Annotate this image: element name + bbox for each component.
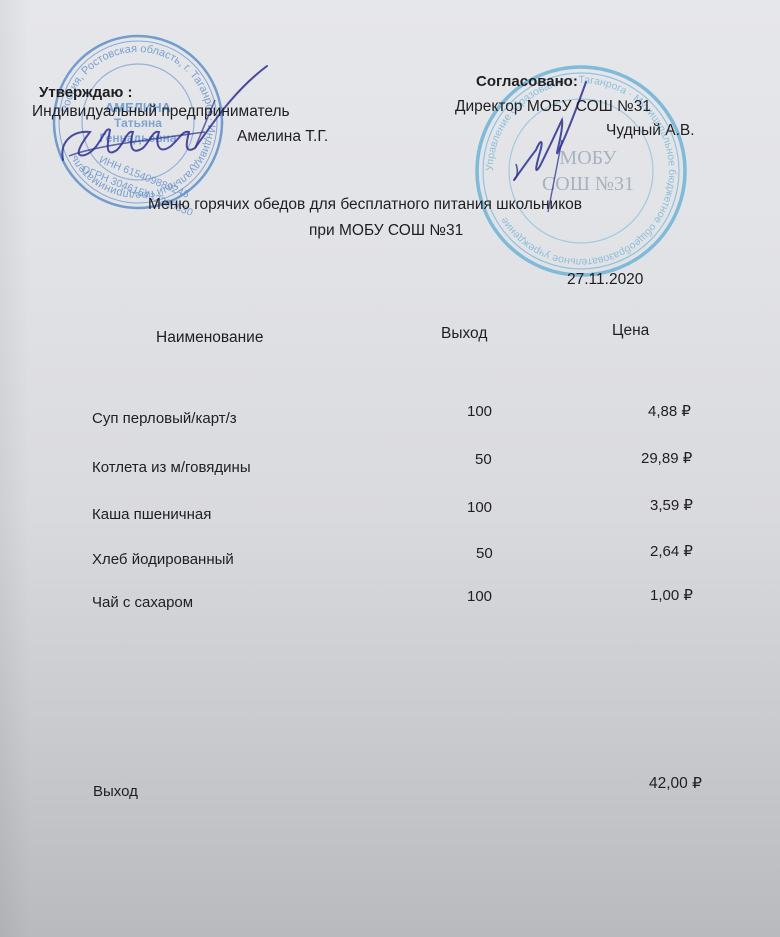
header-output: Выход <box>441 325 487 343</box>
row-item-name: Чай с сахаром <box>92 594 193 611</box>
row-item-name: Каша пшеничная <box>92 506 211 523</box>
row-item-price: 29,89 ₽ <box>641 449 692 467</box>
approve-label: Утверждаю : <box>39 84 132 101</box>
row-item-output: 50 <box>475 451 492 468</box>
document-title: Меню горячих обедов для бесплатного пита… <box>148 196 582 214</box>
row-item-price: 1,00 ₽ <box>650 586 693 604</box>
row-item-price: 3,59 ₽ <box>650 496 693 514</box>
svg-text:ИНН 615409889246: ИНН 615409889246 <box>98 154 191 201</box>
stamp-right-icon: Управление образования г. Таганрога · Му… <box>470 62 692 280</box>
header-price: Цена <box>612 322 649 340</box>
page-shadow <box>0 0 30 937</box>
svg-text:СОШ №31: СОШ №31 <box>542 173 634 195</box>
document-date: 27.11.2020 <box>567 271 643 289</box>
row-item-output: 50 <box>476 545 493 562</box>
document-photo: Россия, Ростовская область, г. Таганрог … <box>0 0 780 937</box>
row-item-output: 100 <box>467 499 492 516</box>
approve-name: Амелина Т.Г. <box>237 128 328 146</box>
svg-text:Россия, Ростовская область, г.: Россия, Ростовская область, г. Таганрог … <box>60 43 217 201</box>
row-item-name: Суп перловый/карт/з <box>92 410 237 427</box>
total-label: Выход <box>93 783 138 800</box>
row-item-name: Котлета из м/говядины <box>92 459 251 476</box>
svg-text:МОБУ: МОБУ <box>559 147 617 169</box>
row-item-price: 4,88 ₽ <box>648 402 691 420</box>
row-item-output: 100 <box>467 588 492 605</box>
agreed-label: Согласовано: <box>476 73 578 90</box>
agreed-name: Чудный А.В. <box>606 122 695 140</box>
svg-text:Геннадьевна: Геннадьевна <box>99 131 176 145</box>
approve-position: Индивидуальный предприниматель <box>32 103 290 121</box>
agreed-position: Директор МОБУ СОШ №31 <box>455 98 651 116</box>
row-item-name: Хлеб йодированный <box>92 551 234 568</box>
total-value: 42,00 ₽ <box>649 774 702 793</box>
header-name: Наименование <box>156 329 263 347</box>
stamp-left-icon: Россия, Ростовская область, г. Таганрог … <box>48 30 228 215</box>
row-item-price: 2,64 ₽ <box>650 542 693 560</box>
row-item-output: 100 <box>467 403 492 420</box>
document-subtitle: при МОБУ СОШ №31 <box>309 222 463 240</box>
